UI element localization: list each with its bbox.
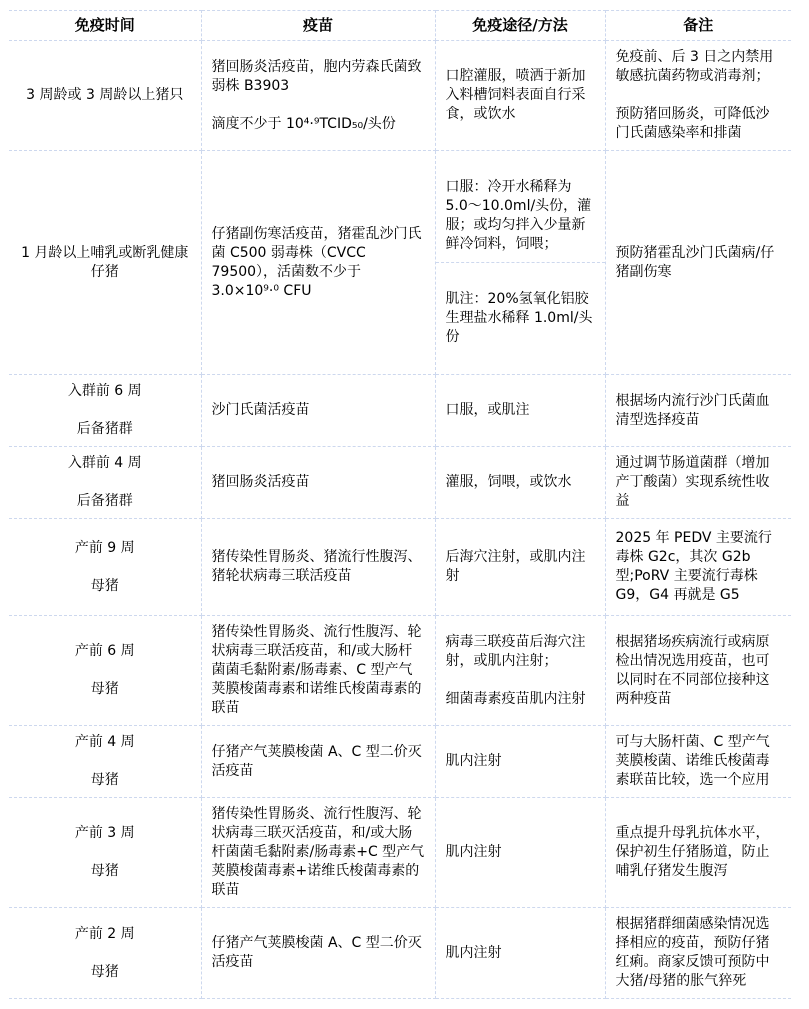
remark-cell: 可与大肠杆菌、C 型产气荚膜梭菌、诺维氏梭菌毒素联苗比较，选一个应用 bbox=[605, 726, 791, 798]
header-row: 免疫时间 疫苗 免疫途径/方法 备注 bbox=[9, 11, 791, 41]
time-cell: 1 月龄以上哺乳或断乳健康仔猪 bbox=[9, 151, 201, 375]
table-row: 产前 9 周 母猪 猪传染性胃肠炎、猪流行性腹泻、猪轮状病毒三联活疫苗 后海穴注… bbox=[9, 519, 791, 616]
vaccine-cell: 猪回肠炎活疫苗，胞内劳森氏菌致弱株 B3903 滴度不少于 10⁴·⁹TCID₅… bbox=[201, 41, 435, 151]
route-oral-subcell: 口服：冷开水稀释为 5.0～10.0ml/头份，灌服；或均匀拌入少量新鲜冷饲料，… bbox=[436, 170, 605, 263]
time-cell: 产前 2 周 母猪 bbox=[9, 908, 201, 999]
route-cell: 肌内注射 bbox=[435, 908, 605, 999]
route-cell: 灌服，饲喂，或饮水 bbox=[435, 447, 605, 519]
table-row: 产前 6 周 母猪 猪传染性胃肠炎、流行性腹泻、轮状病毒三联活疫苗，和/或大肠杆… bbox=[9, 616, 791, 726]
vaccine-cell: 仔猪产气荚膜梭菌 A、C 型二价灭活疫苗 bbox=[201, 726, 435, 798]
time-cell: 产前 9 周 母猪 bbox=[9, 519, 201, 616]
vaccine-cell: 猪传染性胃肠炎、猪流行性腹泻、猪轮状病毒三联活疫苗 bbox=[201, 519, 435, 616]
route-cell: 口腔灌服，喷洒于新加入料槽饲料表面自行采食，或饮水 bbox=[435, 41, 605, 151]
route-cell: 病毒三联疫苗后海穴注射，或肌内注射； 细菌毒素疫苗肌内注射 bbox=[435, 616, 605, 726]
table-row: 入群前 4 周 后备猪群 猪回肠炎活疫苗 灌服，饲喂，或饮水 通过调节肠道菌群（… bbox=[9, 447, 791, 519]
column-header-remark: 备注 bbox=[605, 11, 791, 41]
remark-cell: 预防猪霍乱沙门氏菌病/仔猪副伤寒 bbox=[605, 151, 791, 375]
table-row: 1 月龄以上哺乳或断乳健康仔猪 仔猪副伤寒活疫苗，猪霍乱沙门氏菌 C500 弱毒… bbox=[9, 151, 791, 375]
time-cell: 入群前 6 周 后备猪群 bbox=[9, 375, 201, 447]
vaccine-cell: 仔猪副伤寒活疫苗，猪霍乱沙门氏菌 C500 弱毒株（CVCC 79500），活菌… bbox=[201, 151, 435, 375]
table-row: 产前 2 周 母猪 仔猪产气荚膜梭菌 A、C 型二价灭活疫苗 肌内注射 根据猪群… bbox=[9, 908, 791, 999]
route-cell: 肌内注射 bbox=[435, 726, 605, 798]
vaccine-cell: 仔猪产气荚膜梭菌 A、C 型二价灭活疫苗 bbox=[201, 908, 435, 999]
time-cell: 产前 4 周 母猪 bbox=[9, 726, 201, 798]
route-cell: 肌内注射 bbox=[435, 798, 605, 908]
remark-cell: 通过调节肠道菌群（增加产丁酸菌）实现系统性收益 bbox=[605, 447, 791, 519]
table-row: 产前 3 周 母猪 猪传染性胃肠炎、流行性腹泻、轮状病毒三联灭活疫苗，和/或大肠… bbox=[9, 798, 791, 908]
remark-cell: 根据猪群细菌感染情况选择相应的疫苗，预防仔猪红痢。商家反馈可预防中大猪/母猪的胀… bbox=[605, 908, 791, 999]
vaccination-schedule-table: 免疫时间 疫苗 免疫途径/方法 备注 3 周龄或 3 周龄以上猪只 猪回肠炎活疫… bbox=[9, 10, 791, 999]
remark-cell: 免疫前、后 3 日之内禁用敏感抗菌药物或消毒剂； 预防猪回肠炎，可降低沙门氏菌感… bbox=[605, 41, 791, 151]
column-header-time: 免疫时间 bbox=[9, 11, 201, 41]
table-row: 3 周龄或 3 周龄以上猪只 猪回肠炎活疫苗，胞内劳森氏菌致弱株 B3903 滴… bbox=[9, 41, 791, 151]
vaccine-cell: 沙门氏菌活疫苗 bbox=[201, 375, 435, 447]
page: 免疫时间 疫苗 免疫途径/方法 备注 3 周龄或 3 周龄以上猪只 猪回肠炎活疫… bbox=[0, 0, 809, 1009]
time-cell: 入群前 4 周 后备猪群 bbox=[9, 447, 201, 519]
table-row: 入群前 6 周 后备猪群 沙门氏菌活疫苗 口服，或肌注 根据场内流行沙门氏菌血清… bbox=[9, 375, 791, 447]
vaccine-cell: 猪传染性胃肠炎、流行性腹泻、轮状病毒三联活疫苗，和/或大肠杆菌菌毛黏附素/肠毒素… bbox=[201, 616, 435, 726]
column-header-route: 免疫途径/方法 bbox=[435, 11, 605, 41]
route-cell: 口服：冷开水稀释为 5.0～10.0ml/头份，灌服；或均匀拌入少量新鲜冷饲料，… bbox=[435, 151, 605, 375]
route-injection-subcell: 肌注：20%氢氧化铝胶生理盐水稀释 1.0ml/头份 bbox=[436, 282, 605, 355]
table-row: 产前 4 周 母猪 仔猪产气荚膜梭菌 A、C 型二价灭活疫苗 肌内注射 可与大肠… bbox=[9, 726, 791, 798]
route-cell: 后海穴注射，或肌内注射 bbox=[435, 519, 605, 616]
time-cell: 产前 6 周 母猪 bbox=[9, 616, 201, 726]
time-cell: 3 周龄或 3 周龄以上猪只 bbox=[9, 41, 201, 151]
route-cell: 口服，或肌注 bbox=[435, 375, 605, 447]
remark-cell: 重点提升母乳抗体水平，保护初生仔猪肠道，防止哺乳仔猪发生腹泻 bbox=[605, 798, 791, 908]
remark-cell: 根据场内流行沙门氏菌血清型选择疫苗 bbox=[605, 375, 791, 447]
remark-cell: 根据猪场疾病流行或病原检出情况选用疫苗，也可以同时在不同部位接种这两种疫苗 bbox=[605, 616, 791, 726]
vaccine-cell: 猪传染性胃肠炎、流行性腹泻、轮状病毒三联灭活疫苗，和/或大肠杆菌菌毛黏附素/肠毒… bbox=[201, 798, 435, 908]
remark-cell: 2025 年 PEDV 主要流行毒株 G2c，其次 G2b 型;PoRV 主要流… bbox=[605, 519, 791, 616]
column-header-vaccine: 疫苗 bbox=[201, 11, 435, 41]
vaccine-cell: 猪回肠炎活疫苗 bbox=[201, 447, 435, 519]
time-cell: 产前 3 周 母猪 bbox=[9, 798, 201, 908]
